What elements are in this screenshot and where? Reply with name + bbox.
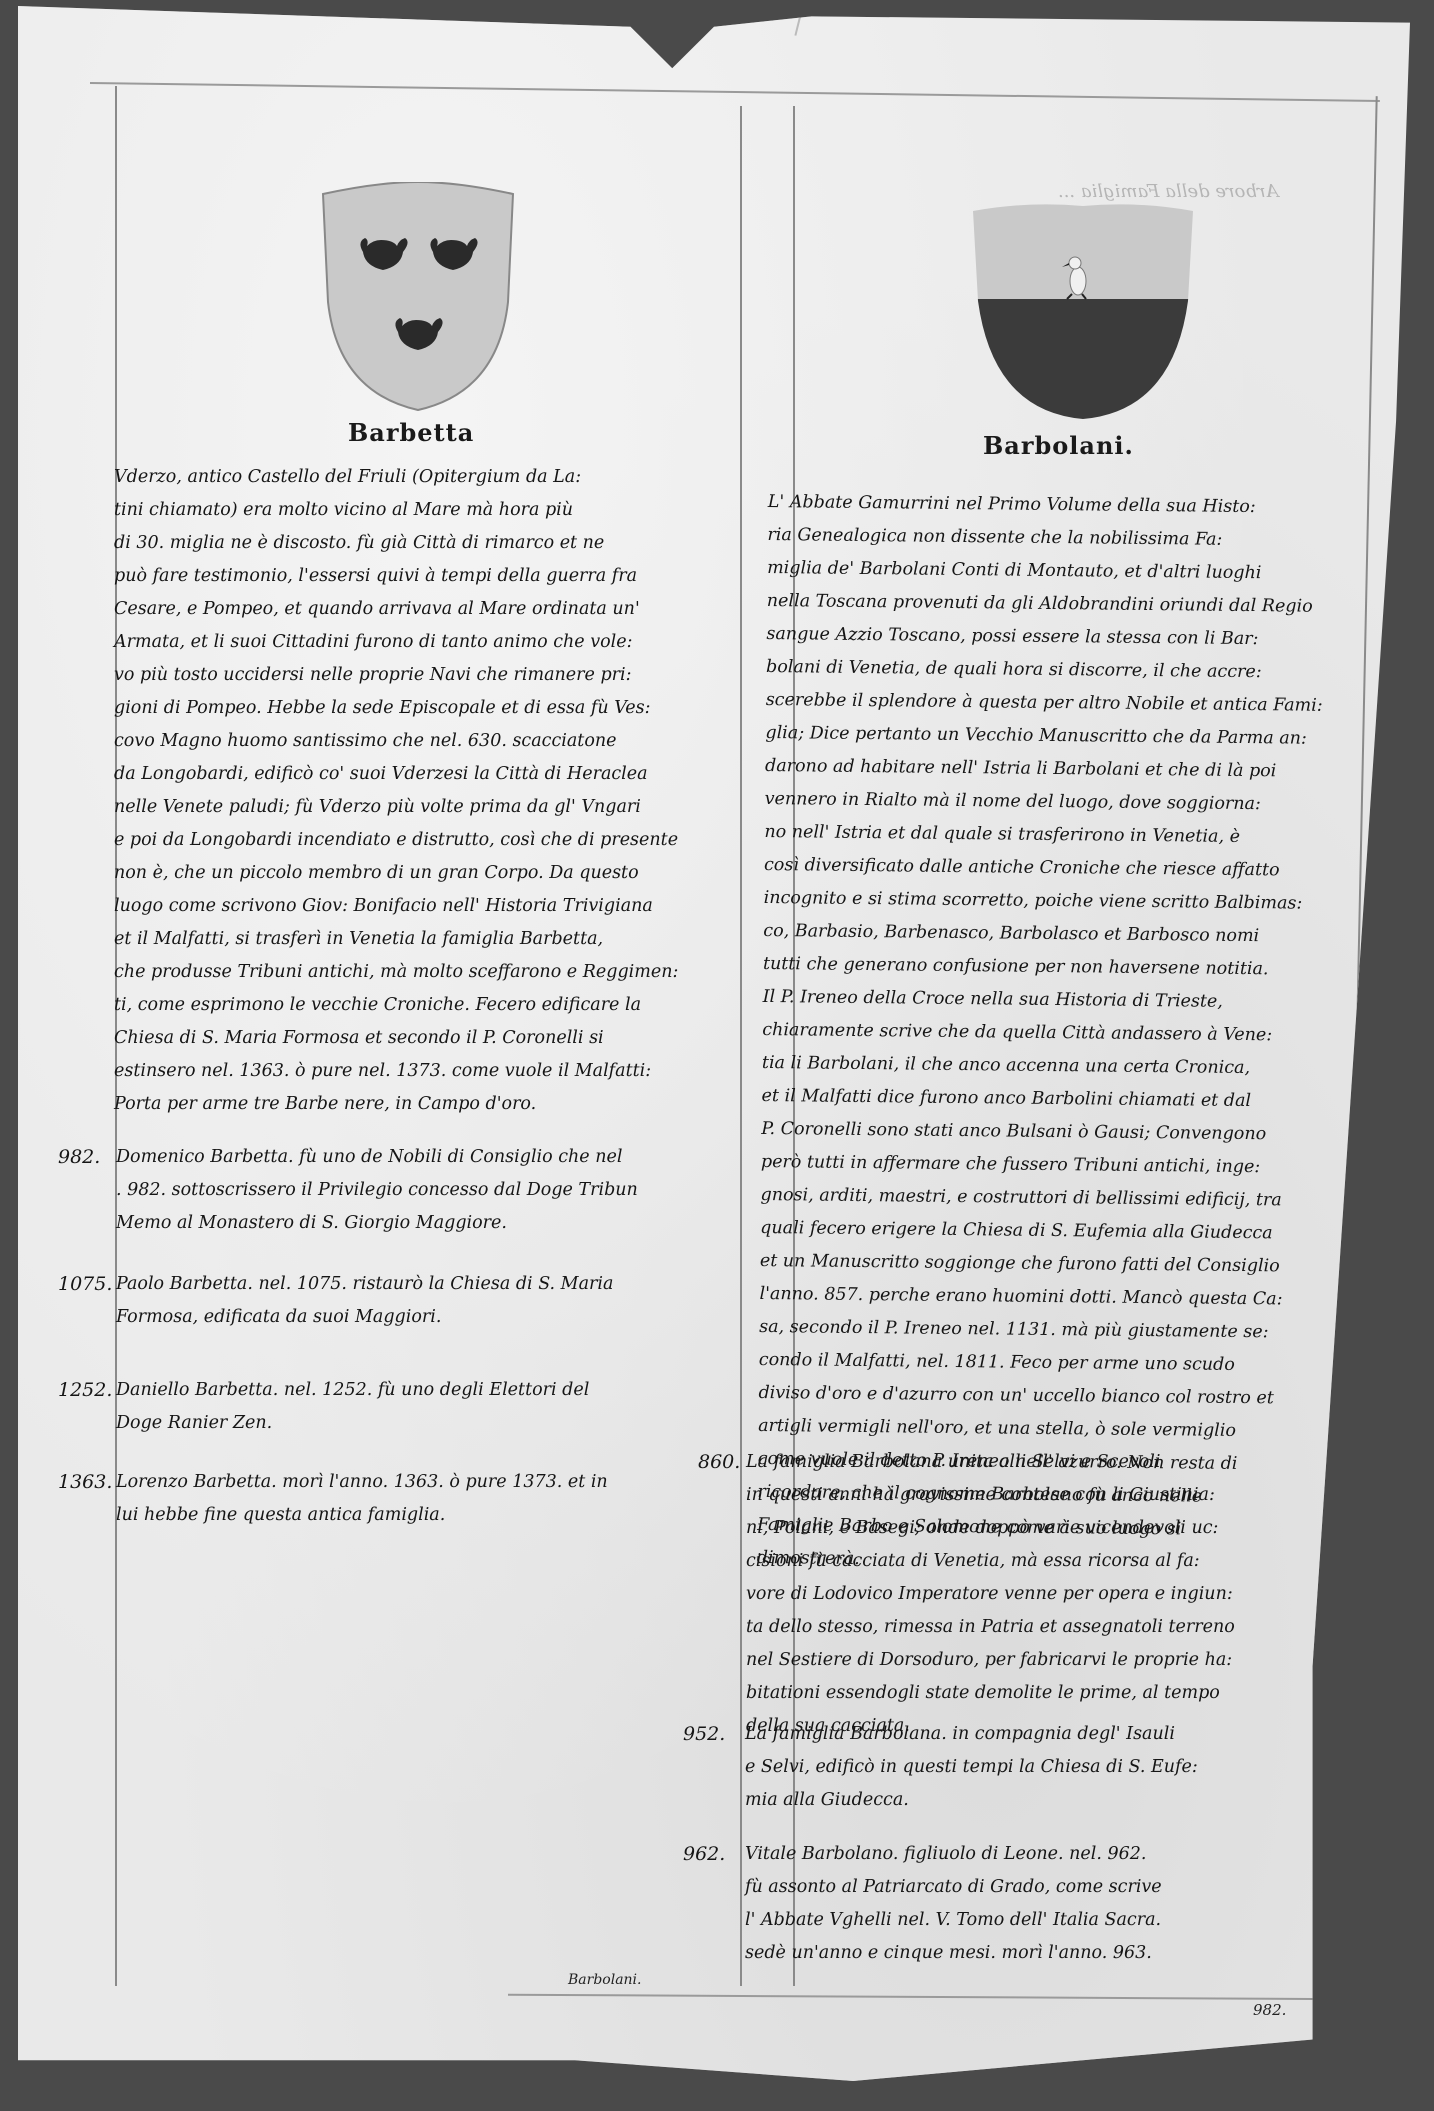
text-line: vo più tosto uccidersi nelle proprie Nav… xyxy=(114,659,744,692)
entry-year: 860. xyxy=(698,1446,740,1479)
coat-of-arms-barbolani-icon xyxy=(968,201,1198,421)
text-line: gioni di Pompeo. Hebbe la sede Episcopal… xyxy=(114,692,744,725)
entry-year: 1363. xyxy=(58,1466,112,1499)
text-line: ti, come esprimono le vecchie Croniche. … xyxy=(114,989,744,1022)
text-line: La famiglia Barbolana. in compagnia degl… xyxy=(745,1718,1198,1751)
entry-year: 1252. xyxy=(58,1374,112,1407)
text-line: ta dello stesso, rimessa in Patria et as… xyxy=(746,1611,1235,1644)
text-line: che produsse Tribuni antichi, mà molto s… xyxy=(114,956,744,989)
text-line: Vderzo, antico Castello del Friuli (Opit… xyxy=(114,461,744,494)
family-title-barbolani: Barbolani. xyxy=(983,431,1134,460)
text-line: vore di Lodovico Imperatore venne per op… xyxy=(746,1578,1235,1611)
text-line: e Selvi, edificò in questi tempi la Chie… xyxy=(745,1751,1198,1784)
text-line: in questi anni hà gravissime contese con… xyxy=(746,1479,1235,1512)
text-line: . 982. sottoscrissero il Privilegio conc… xyxy=(116,1174,638,1207)
entry-year: 982. xyxy=(58,1141,100,1174)
text-line: Chiesa di S. Maria Formosa et secondo il… xyxy=(114,1022,744,1055)
manuscript-page: Arbore della Famiglia ... Barbetta Vderz… xyxy=(18,6,1410,2081)
text-line: nel Sestiere di Dorsoduro, per fabricarv… xyxy=(746,1644,1235,1677)
page-fold xyxy=(794,6,803,36)
folio-number: 982. xyxy=(1253,2001,1286,2019)
text-line: bitationi essendogli state demolite le p… xyxy=(746,1677,1235,1710)
text-line: nelle Venete paludi; fù Vderzo più volte… xyxy=(114,791,744,824)
text-line: fù assonto al Patriarcato di Grado, come… xyxy=(745,1871,1162,1904)
text-line: La famiglia Barbolana unita alli Selvi e… xyxy=(746,1446,1235,1479)
text-line: Memo al Monastero di S. Giorgio Maggiore… xyxy=(116,1207,638,1240)
text-line: luogo come scrivono Giov: Bonifacio nell… xyxy=(114,890,744,923)
top-rule xyxy=(90,82,1380,102)
text-line: mia alla Giudecca. xyxy=(745,1784,1198,1817)
text-line: e poi da Longobardi incendiato e distrut… xyxy=(114,824,744,857)
text-line: Doge Ranier Zen. xyxy=(116,1407,589,1440)
text-line: Cesare, e Pompeo, et quando arrivava al … xyxy=(114,593,744,626)
text-line: Paolo Barbetta. nel. 1075. ristaurò la C… xyxy=(116,1268,613,1301)
text-line: di 30. miglia ne è discosto. fù già Citt… xyxy=(114,527,744,560)
entry-year: 962. xyxy=(683,1838,725,1871)
text-line: Domenico Barbetta. fù uno de Nobili di C… xyxy=(116,1141,638,1174)
catchword: Barbolani. xyxy=(568,1972,642,1988)
text-line: tini chiamato) era molto vicino al Mare … xyxy=(114,494,744,527)
text-line: covo Magno huomo santissimo che nel. 630… xyxy=(114,725,744,758)
bottom-rule xyxy=(508,1994,1368,2001)
entry-year: 1075. xyxy=(58,1268,112,1301)
text-line: ni, Polani, e Basegi; onde doppò varie v… xyxy=(746,1512,1235,1545)
barbolani-intro: L' Abbate Gamurrini nel Primo Volume del… xyxy=(757,486,1368,1581)
barbetta-intro: Vderzo, antico Castello del Friuli (Opit… xyxy=(114,461,744,1121)
family-title-barbetta: Barbetta xyxy=(348,418,474,447)
bleed-through-heading: Arbore della Famiglia ... xyxy=(1058,181,1279,202)
text-line: estinsero nel. 1363. ò pure nel. 1373. c… xyxy=(114,1055,744,1088)
text-line: et il Malfatti, si trasferì in Venetia l… xyxy=(114,923,744,956)
text-line: cisioni fù cacciata di Venetia, mà essa … xyxy=(746,1545,1235,1578)
text-line: Daniello Barbetta. nel. 1252. fù uno deg… xyxy=(116,1374,589,1407)
text-line: Formosa, edificata da suoi Maggiori. xyxy=(116,1301,613,1334)
text-line: sedè un'anno e cinque mesi. morì l'anno.… xyxy=(745,1937,1162,1970)
coat-of-arms-barbetta-icon xyxy=(318,182,518,412)
text-line: da Longobardi, edificò co' suoi Vderzesi… xyxy=(114,758,744,791)
text-line: non è, che un piccolo membro di un gran … xyxy=(114,857,744,890)
text-line: Lorenzo Barbetta. morì l'anno. 1363. ò p… xyxy=(116,1466,608,1499)
text-line: lui hebbe fine questa antica famiglia. xyxy=(116,1499,608,1532)
text-line: Vitale Barbolano. figliuolo di Leone. ne… xyxy=(745,1838,1162,1871)
text-line: l' Abbate Vghelli nel. V. Tomo dell' Ita… xyxy=(745,1904,1162,1937)
text-line: può fare testimonio, l'essersi quivi à t… xyxy=(114,560,744,593)
text-line: Armata, et li suoi Cittadini furono di t… xyxy=(114,626,744,659)
text-line: Porta per arme tre Barbe nere, in Campo … xyxy=(114,1088,744,1121)
entry-year: 952. xyxy=(683,1718,725,1751)
